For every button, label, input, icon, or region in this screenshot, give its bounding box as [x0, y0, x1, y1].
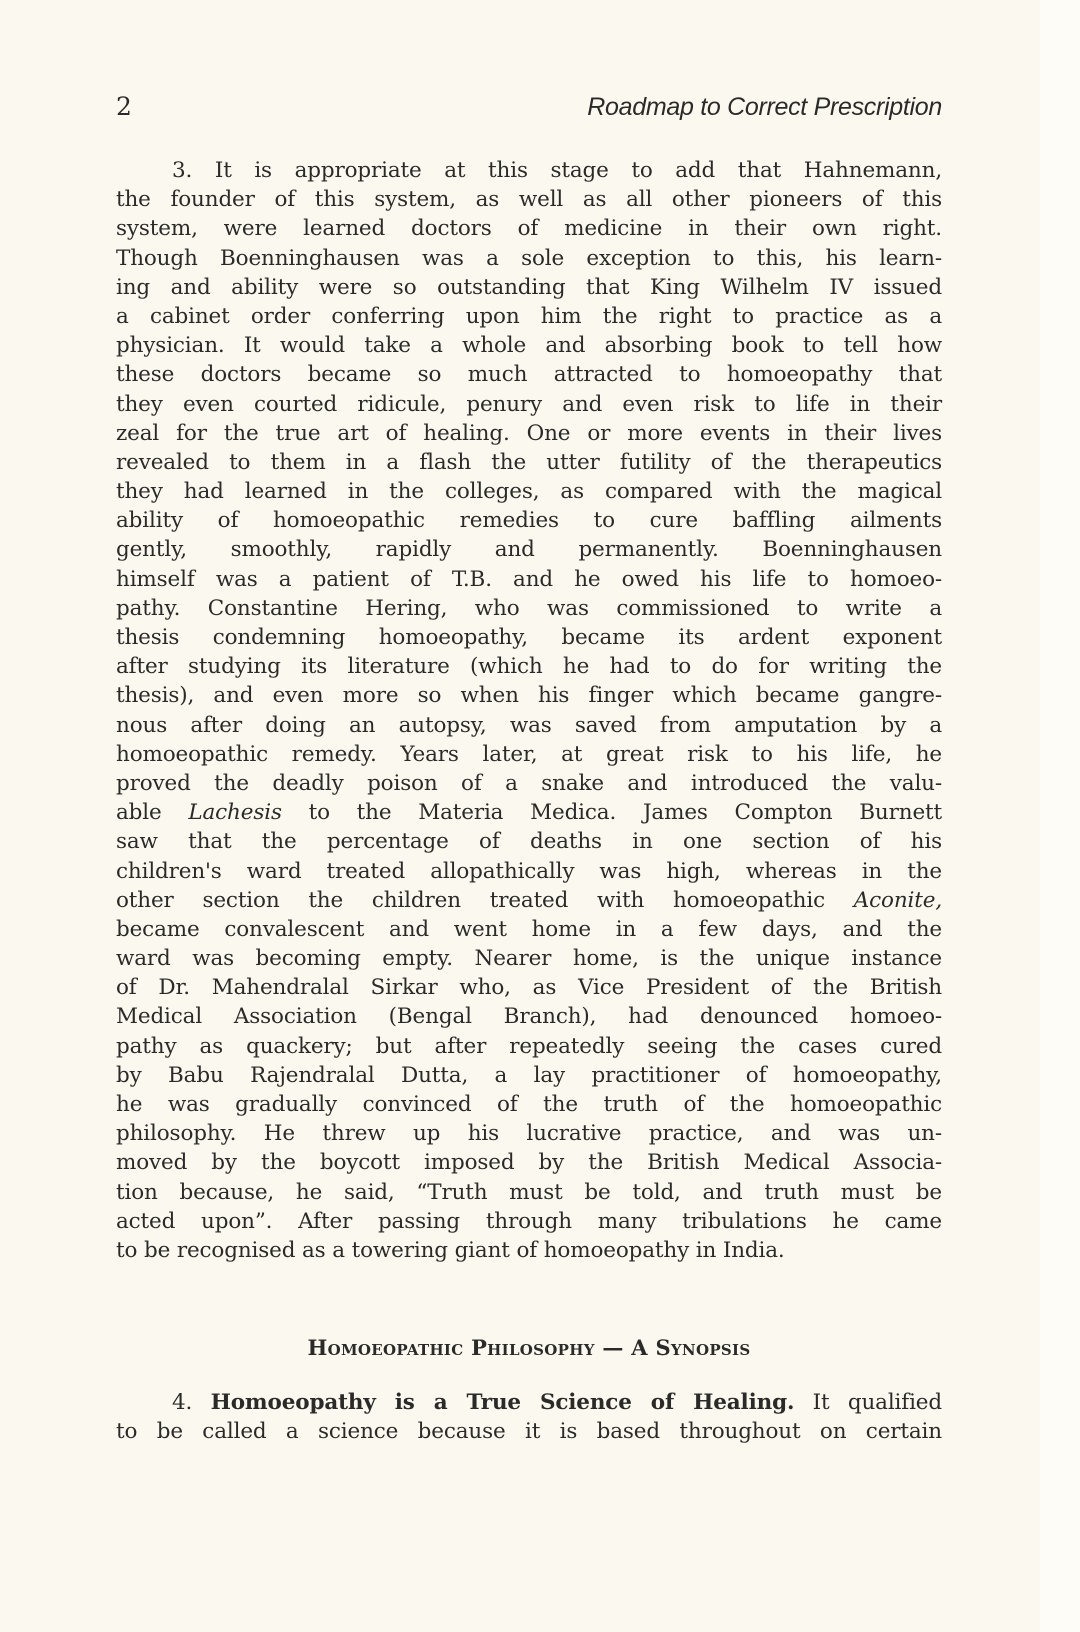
text-line: ability of homoeopathic remedies to cure…	[116, 506, 942, 535]
text-line: zeal for the true art of healing. One or…	[116, 419, 942, 448]
text-line: they had learned in the colleges, as com…	[116, 477, 942, 506]
text-line: moved by the boycott imposed by the Brit…	[116, 1148, 942, 1177]
book-title: Roadmap to Correct Prescription	[587, 90, 942, 124]
text-fragment: It qualified	[794, 1390, 942, 1415]
page-number: 2	[116, 90, 132, 124]
text-fragment: to the Materia Medica. James Compton Bur…	[282, 800, 942, 825]
text-line: to be recognised as a towering giant of …	[116, 1236, 942, 1265]
text-line: tion because, he said, “Truth must be to…	[116, 1178, 942, 1207]
remedy-name-aconite: Aconite,	[854, 888, 942, 913]
text-line: revealed to them in a flash the utter fu…	[116, 448, 942, 477]
running-head: 2 Roadmap to Correct Prescription	[116, 90, 942, 126]
text-line: the founder of this system, as well as a…	[116, 185, 942, 214]
text-line: to be called a science because it is bas…	[116, 1417, 942, 1446]
text-line: acted upon”. After passing through many …	[116, 1207, 942, 1236]
text-line: he was gradually convinced of the truth …	[116, 1090, 942, 1119]
paragraph-4: 4. Homoeopathy is a True Science of Heal…	[116, 1388, 942, 1446]
text-line: gently, smoothly, rapidly and permanentl…	[116, 535, 942, 564]
text-fragment: able	[116, 800, 188, 825]
text-line: Though Boenninghausen was a sole excepti…	[116, 244, 942, 273]
text-line-lachesis: able Lachesis to the Materia Medica. Jam…	[116, 798, 942, 827]
text-line: 4. Homoeopathy is a True Science of Heal…	[116, 1388, 942, 1417]
text-line: they even courted ridicule, penury and e…	[116, 390, 942, 419]
paragraph-title: Homoeopathy is a True Science of Healing…	[211, 1390, 795, 1415]
text-line-aconite: other section the children treated with …	[116, 886, 942, 915]
page-edge	[1040, 0, 1080, 1632]
text-line: after studying its literature (which he …	[116, 652, 942, 681]
text-line: became convalescent and went home in a f…	[116, 915, 942, 944]
text-line: Medical Association (Bengal Branch), had…	[116, 1002, 942, 1031]
text-line: these doctors became so much attracted t…	[116, 360, 942, 389]
text-fragment: other section the children treated with …	[116, 888, 854, 913]
text-line: pathy. Constantine Hering, who was commi…	[116, 594, 942, 623]
text-line: children's ward treated allopathically w…	[116, 857, 942, 886]
text-line: of Dr. Mahendralal Sirkar who, as Vice P…	[116, 973, 942, 1002]
paragraph-3: 3. It is appropriate at this stage to ad…	[116, 156, 942, 1265]
remedy-name-lachesis: Lachesis	[188, 800, 281, 825]
section-heading: Homoeopathic Philosophy — A Synopsis	[116, 1332, 942, 1364]
text-line: system, were learned doctors of medicine…	[116, 214, 942, 243]
text-line: by Babu Rajendralal Dutta, a lay practit…	[116, 1061, 942, 1090]
text-line: philosophy. He threw up his lucrative pr…	[116, 1119, 942, 1148]
text-line: 3. It is appropriate at this stage to ad…	[116, 156, 942, 185]
paragraph-number: 4.	[172, 1390, 211, 1415]
text-line: thesis), and even more so when his finge…	[116, 681, 942, 710]
text-line: pathy as quackery; but after repeatedly …	[116, 1032, 942, 1061]
text-line: proved the deadly poison of a snake and …	[116, 769, 942, 798]
text-line: a cabinet order conferring upon him the …	[116, 302, 942, 331]
book-page: 2 Roadmap to Correct Prescription 3. It …	[0, 0, 1040, 1632]
text-line: nous after doing an autopsy, was saved f…	[116, 711, 942, 740]
text-line: thesis condemning homoeopathy, became it…	[116, 623, 942, 652]
text-line: ward was becoming empty. Nearer home, is…	[116, 944, 942, 973]
text-line: homoeopathic remedy. Years later, at gre…	[116, 740, 942, 769]
text-line: saw that the percentage of deaths in one…	[116, 827, 942, 856]
text-line: himself was a patient of T.B. and he owe…	[116, 565, 942, 594]
text-line: physician. It would take a whole and abs…	[116, 331, 942, 360]
text-line: ing and ability were so outstanding that…	[116, 273, 942, 302]
